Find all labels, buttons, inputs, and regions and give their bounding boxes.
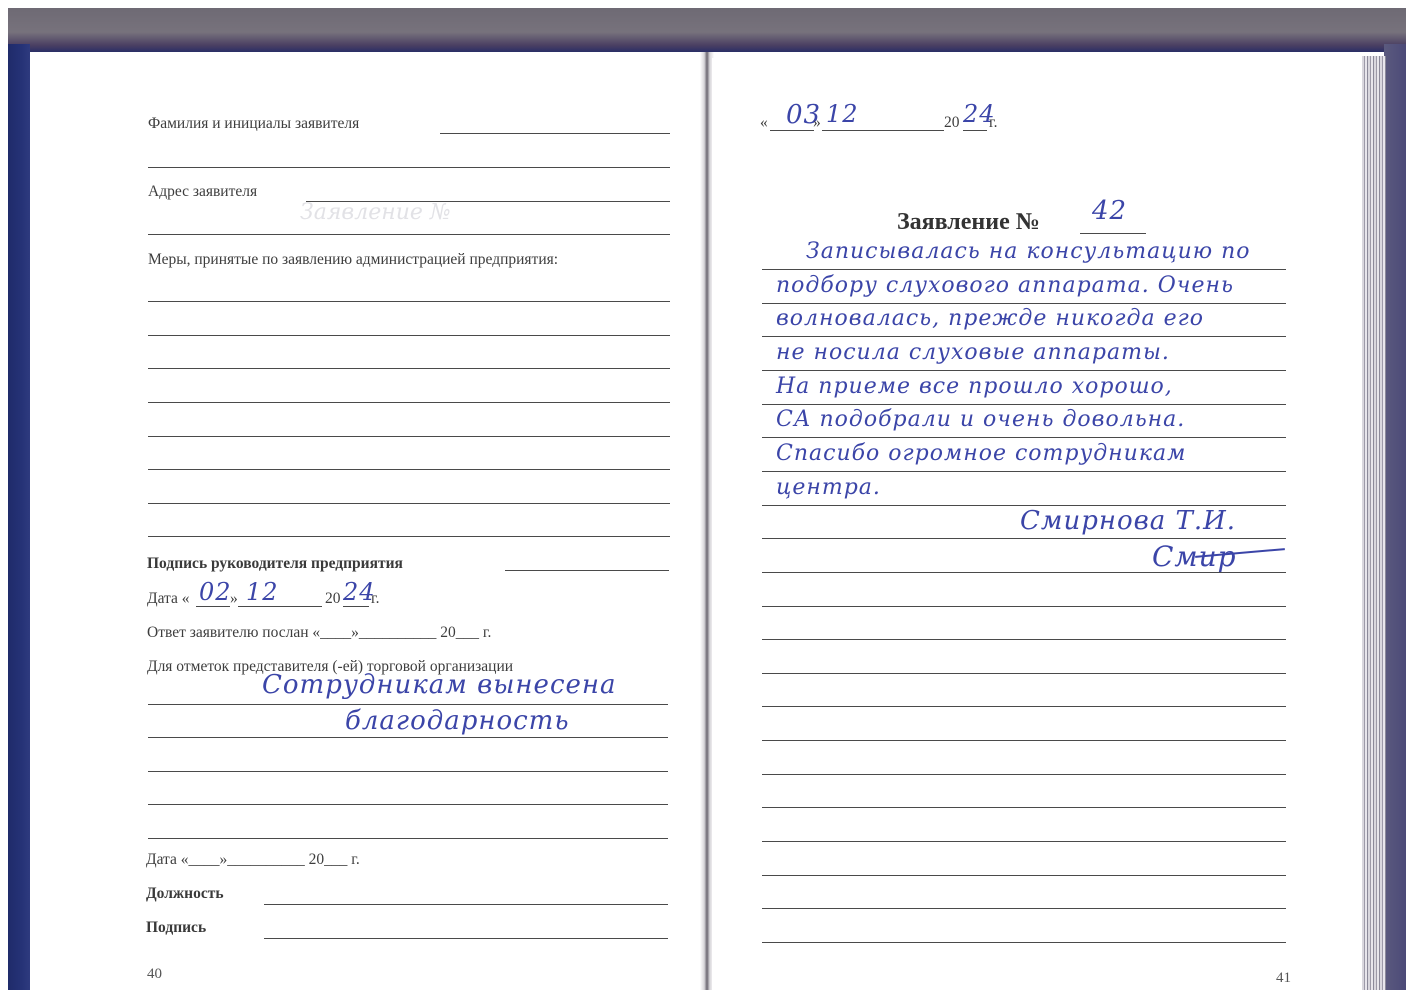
statement-body-line: На приеме все прошло хорошо, bbox=[776, 374, 1173, 399]
measures-line[interactable] bbox=[148, 469, 670, 470]
measures-line[interactable] bbox=[148, 335, 670, 336]
date-month-value: 12 bbox=[246, 578, 279, 606]
book-cover-top bbox=[8, 8, 1406, 52]
statement-body-line: СА подобрали и очень довольна. bbox=[776, 407, 1185, 432]
statement-body-line: волновалась, прежде никогда его bbox=[776, 306, 1204, 331]
applicant-address-field[interactable] bbox=[306, 201, 670, 202]
statement-body-line: не носила слуховые аппараты. bbox=[776, 340, 1170, 365]
representative-notes-handwriting-2: благодарность bbox=[345, 706, 570, 736]
statement-line[interactable] bbox=[762, 336, 1286, 337]
statement-date-month-field[interactable] bbox=[822, 130, 944, 131]
statement-line[interactable] bbox=[762, 706, 1286, 707]
statement-date-year-prefix: 20 bbox=[944, 114, 960, 132]
date-day-field[interactable] bbox=[196, 606, 230, 607]
page-number-right: 41 bbox=[1276, 970, 1291, 987]
notes-line[interactable] bbox=[148, 838, 668, 839]
statement-number-value: 42 bbox=[1092, 196, 1127, 226]
measures-label: Меры, принятые по заявлению администраци… bbox=[148, 251, 558, 269]
applicant-name-field[interactable] bbox=[440, 133, 670, 134]
signer-name: Смирнова Т.И. bbox=[1020, 506, 1236, 536]
statement-date-year-field[interactable] bbox=[963, 130, 987, 131]
signature-label: Подпись bbox=[146, 919, 206, 937]
position-field[interactable] bbox=[264, 904, 668, 905]
statement-line[interactable] bbox=[762, 370, 1286, 371]
date-year-field[interactable] bbox=[343, 606, 369, 607]
applicant-address-label: Адрес заявителя bbox=[148, 183, 257, 201]
date-suffix: г. bbox=[371, 590, 379, 608]
statement-line[interactable] bbox=[762, 774, 1286, 775]
date-month-field[interactable] bbox=[238, 606, 322, 607]
statement-line[interactable] bbox=[762, 875, 1286, 876]
statement-date-suffix: г. bbox=[989, 114, 997, 132]
statement-line[interactable] bbox=[762, 841, 1286, 842]
measures-line[interactable] bbox=[148, 503, 670, 504]
statement-line[interactable] bbox=[762, 606, 1286, 607]
applicant-name-field-line2[interactable] bbox=[148, 167, 670, 168]
notes-line[interactable] bbox=[148, 804, 668, 805]
statement-body-line: центра. bbox=[776, 475, 881, 500]
manager-signature-field[interactable] bbox=[505, 570, 669, 571]
bleed-through: Заявление № bbox=[300, 200, 451, 225]
page-number-left: 40 bbox=[147, 966, 162, 983]
applicant-address-field-line2[interactable] bbox=[148, 234, 670, 235]
statement-line[interactable] bbox=[762, 437, 1286, 438]
statement-line[interactable] bbox=[762, 942, 1286, 943]
statement-line[interactable] bbox=[762, 740, 1286, 741]
book-cover-left-edge bbox=[8, 44, 30, 990]
date-open-quote: « bbox=[760, 114, 768, 132]
notes-line[interactable] bbox=[148, 737, 668, 738]
date-label: Дата « bbox=[147, 590, 190, 608]
position-label: Должность bbox=[146, 885, 224, 903]
statement-body-line: Записывалась на консультацию по bbox=[806, 239, 1251, 264]
statement-body-line: подбору слухового аппарата. Очень bbox=[776, 273, 1234, 298]
book-cover-right-edge bbox=[1384, 44, 1406, 990]
statement-line[interactable] bbox=[762, 538, 1286, 539]
statement-line[interactable] bbox=[762, 673, 1286, 674]
statement-line[interactable] bbox=[762, 807, 1286, 808]
notes-line[interactable] bbox=[148, 771, 668, 772]
measures-line[interactable] bbox=[148, 536, 670, 537]
date-close-quote: » bbox=[230, 590, 238, 608]
statement-body-line: Спасибо огромное сотрудникам bbox=[776, 441, 1186, 466]
date-close-quote: » bbox=[813, 114, 821, 132]
applicant-name-label: Фамилия и инициалы заявителя bbox=[148, 115, 359, 133]
date-year-prefix: 20 bbox=[325, 590, 341, 608]
measures-line[interactable] bbox=[148, 402, 670, 403]
representative-notes-handwriting-1: Сотрудникам вынесена bbox=[262, 670, 617, 700]
signature-field[interactable] bbox=[264, 938, 668, 939]
date-day-value: 02 bbox=[199, 578, 232, 606]
date2-label: Дата «____»__________ 20___ г. bbox=[146, 851, 360, 869]
statement-line[interactable] bbox=[762, 404, 1286, 405]
statement-date-month-value: 12 bbox=[826, 100, 859, 128]
statement-line[interactable] bbox=[762, 908, 1286, 909]
manager-signature-label: Подпись руководителя предприятия bbox=[147, 555, 403, 573]
reply-sent-label: Ответ заявителю послан «____»__________ … bbox=[147, 624, 491, 642]
measures-line[interactable] bbox=[148, 301, 670, 302]
statement-date-day-field[interactable] bbox=[770, 130, 814, 131]
statement-title: Заявление № bbox=[897, 209, 1040, 236]
statement-number-field[interactable] bbox=[1080, 233, 1146, 234]
statement-line[interactable] bbox=[762, 471, 1286, 472]
measures-line[interactable] bbox=[148, 436, 670, 437]
notes-line[interactable] bbox=[148, 704, 668, 705]
statement-line[interactable] bbox=[762, 303, 1286, 304]
left-page bbox=[30, 58, 702, 990]
page-edges bbox=[1362, 56, 1386, 990]
statement-line[interactable] bbox=[762, 639, 1286, 640]
statement-line[interactable] bbox=[762, 269, 1286, 270]
measures-line[interactable] bbox=[148, 368, 670, 369]
